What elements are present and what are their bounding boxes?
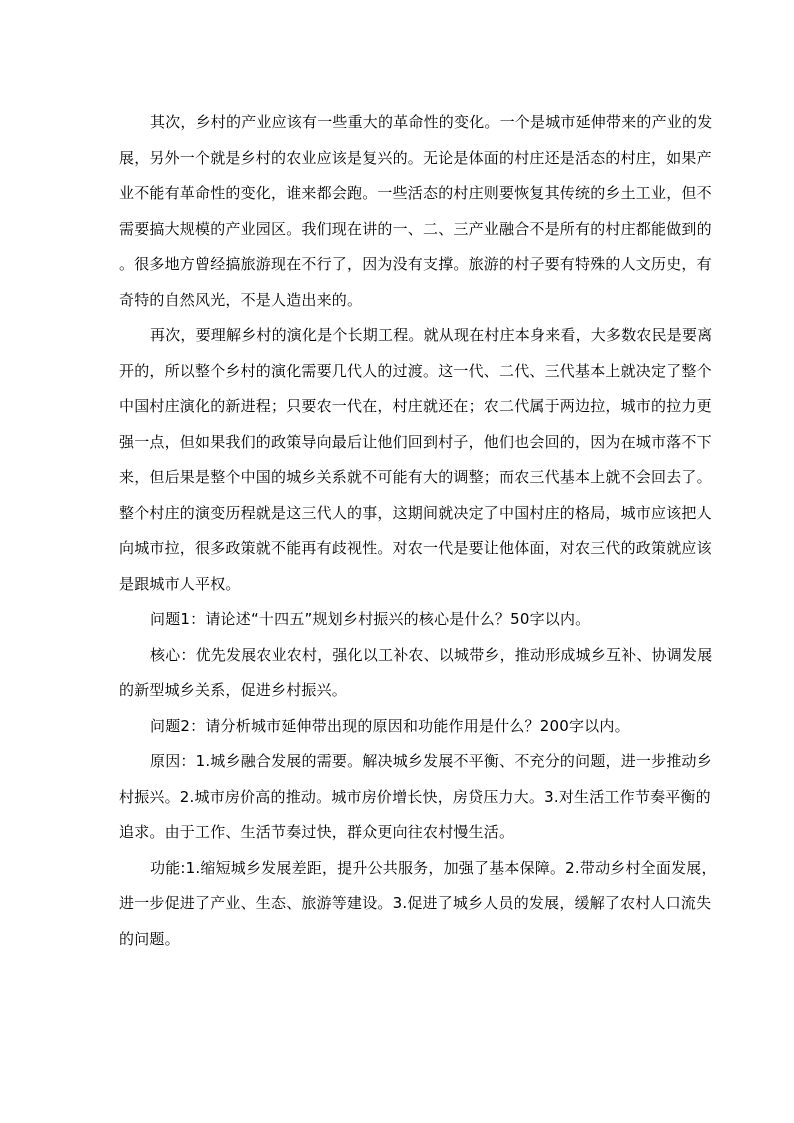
answer-1: 核心：优先发展农业农村，强化以工补农、以城带乡，推动形成城乡互补、协调发展 的新… — [119, 641, 685, 712]
text-line: 向城市拉，很多政策就不能再有歧视性。对农一代是要让他体面，对农三代的政策就应该 — [119, 534, 685, 570]
text-line: 业不能有革命性的变化，谁来都会跑。一些活态的村庄则要恢复其传统的乡土工业，但不 — [119, 179, 685, 215]
answer-text: 进一步促进了产业、生态、旅游等建设。3.促进了城乡人员的发展，缓解了农村人口流失 — [119, 889, 685, 925]
text-line: 强一点，但如果我们的政策导向最后让他们回到村子，他们也会回的，因为在城市落不下 — [119, 428, 685, 464]
text-line: 需要搞大规模的产业园区。我们现在讲的一、二、三产业融合不是所有的村庄都能做到的 — [119, 215, 685, 251]
text-line: 展，另外一个就是乡村的农业应该是复兴的。无论是体面的村庄还是活态的村庄，如果产 — [119, 144, 685, 180]
answer-text: 的新型城乡关系，促进乡村振兴。 — [119, 676, 685, 712]
text-line: 是跟城市人平权。 — [119, 570, 685, 606]
text-line: 中国村庄演化的新进程；只要农一代在，村庄就还在；农二代属于两边拉，城市的拉力更 — [119, 392, 685, 428]
document-page: 其次，乡村的产业应该有一些重大的革命性的变化。一个是城市延伸带来的产业的发 展，… — [119, 108, 685, 960]
paragraph-thirdly: 再次，要理解乡村的演化是个长期工程。就从现在村庄本身来看，大多数农民是要离 开的… — [119, 321, 685, 605]
answer-text: 原因：1.城乡融合发展的需要。解决城乡发展不平衡、不充分的问题，进一步推动乡 — [119, 747, 685, 783]
question-2: 问题2：请分析城市延伸带出现的原因和功能作用是什么？200字以内。 — [119, 712, 685, 748]
answer-text: 追求。由于工作、生活节奏过快，群众更向往农村慢生活。 — [119, 818, 685, 854]
answer-text: 核心：优先发展农业农村，强化以工补农、以城带乡，推动形成城乡互补、协调发展 — [119, 641, 685, 677]
text-line: 奇特的自然风光，不是人造出来的。 — [119, 286, 685, 322]
answer-2-reasons: 原因：1.城乡融合发展的需要。解决城乡发展不平衡、不充分的问题，进一步推动乡 村… — [119, 747, 685, 854]
text-line: 开的，所以整个乡村的演化需要几代人的过渡。这一代、二代、三代基本上就决定了整个 — [119, 357, 685, 393]
question-1: 问题1：请论述“十四五”规划乡村振兴的核心是什么？50字以内。 — [119, 605, 685, 641]
question-text: 问题1：请论述“十四五”规划乡村振兴的核心是什么？50字以内。 — [119, 605, 685, 641]
text-line: 再次，要理解乡村的演化是个长期工程。就从现在村庄本身来看，大多数农民是要离 — [119, 321, 685, 357]
question-text: 问题2：请分析城市延伸带出现的原因和功能作用是什么？200字以内。 — [119, 712, 685, 748]
answer-2-functions: 功能:1.缩短城乡发展差距，提升公共服务，加强了基本保障。2.带动乡村全面发展，… — [119, 854, 685, 961]
paragraph-secondly: 其次，乡村的产业应该有一些重大的革命性的变化。一个是城市延伸带来的产业的发 展，… — [119, 108, 685, 321]
text-line: 。很多地方曾经搞旅游现在不行了，因为没有支撑。旅游的村子要有特殊的人文历史，有 — [119, 250, 685, 286]
text-line: 整个村庄的演变历程就是这三代人的事，这期间就决定了中国村庄的格局，城市应该把人 — [119, 499, 685, 535]
text-line: 来，但后果是整个中国的城乡关系就不可能有大的调整；而农三代基本上就不会回去了。 — [119, 463, 685, 499]
answer-text: 功能:1.缩短城乡发展差距，提升公共服务，加强了基本保障。2.带动乡村全面发展， — [119, 854, 685, 890]
text-line: 其次，乡村的产业应该有一些重大的革命性的变化。一个是城市延伸带来的产业的发 — [119, 108, 685, 144]
answer-text: 村振兴。2.城市房价高的推动。城市房价增长快，房贷压力大。3.对生活工作节奏平衡… — [119, 783, 685, 819]
answer-text: 的问题。 — [119, 925, 685, 961]
